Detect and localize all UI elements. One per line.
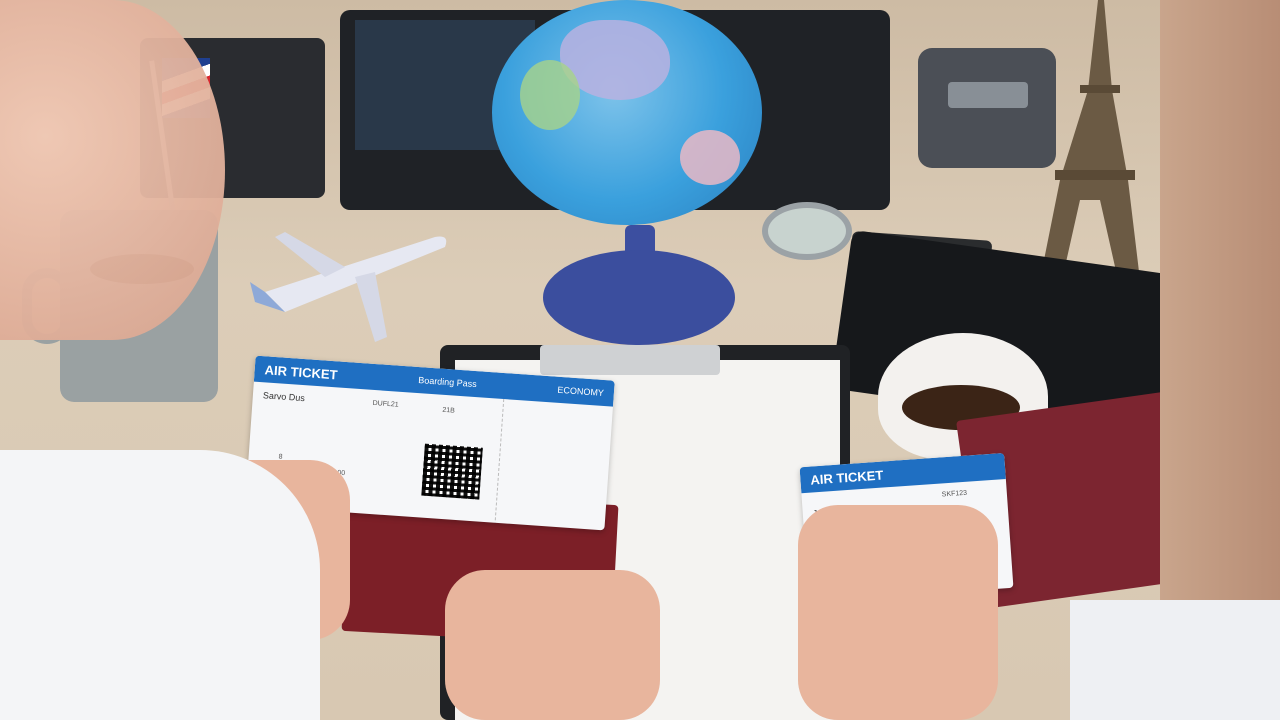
ticket-subtitle: Boarding Pass bbox=[418, 375, 477, 389]
eiffel-tower-model bbox=[1000, 0, 1140, 285]
globe-continent-india bbox=[520, 60, 580, 130]
ticket-stub-divider bbox=[492, 399, 505, 530]
magnifying-glass bbox=[762, 202, 852, 260]
globe-continent-australia bbox=[680, 130, 740, 185]
person-right-shirt bbox=[1070, 600, 1280, 720]
ticket-title: AIR TICKET bbox=[264, 362, 338, 382]
clipboard-clip bbox=[540, 345, 720, 375]
person-left-shirt bbox=[0, 450, 320, 720]
globe-base bbox=[543, 250, 735, 345]
gate: 21B bbox=[442, 407, 455, 415]
ticket-title: AIR TICKET bbox=[810, 467, 884, 487]
ticket-class: ECONOMY bbox=[557, 385, 604, 398]
hand-center bbox=[445, 570, 660, 720]
qr-code bbox=[421, 444, 482, 500]
model-airplane bbox=[245, 222, 455, 342]
hand-right bbox=[798, 505, 998, 720]
person-left-head bbox=[0, 0, 225, 340]
